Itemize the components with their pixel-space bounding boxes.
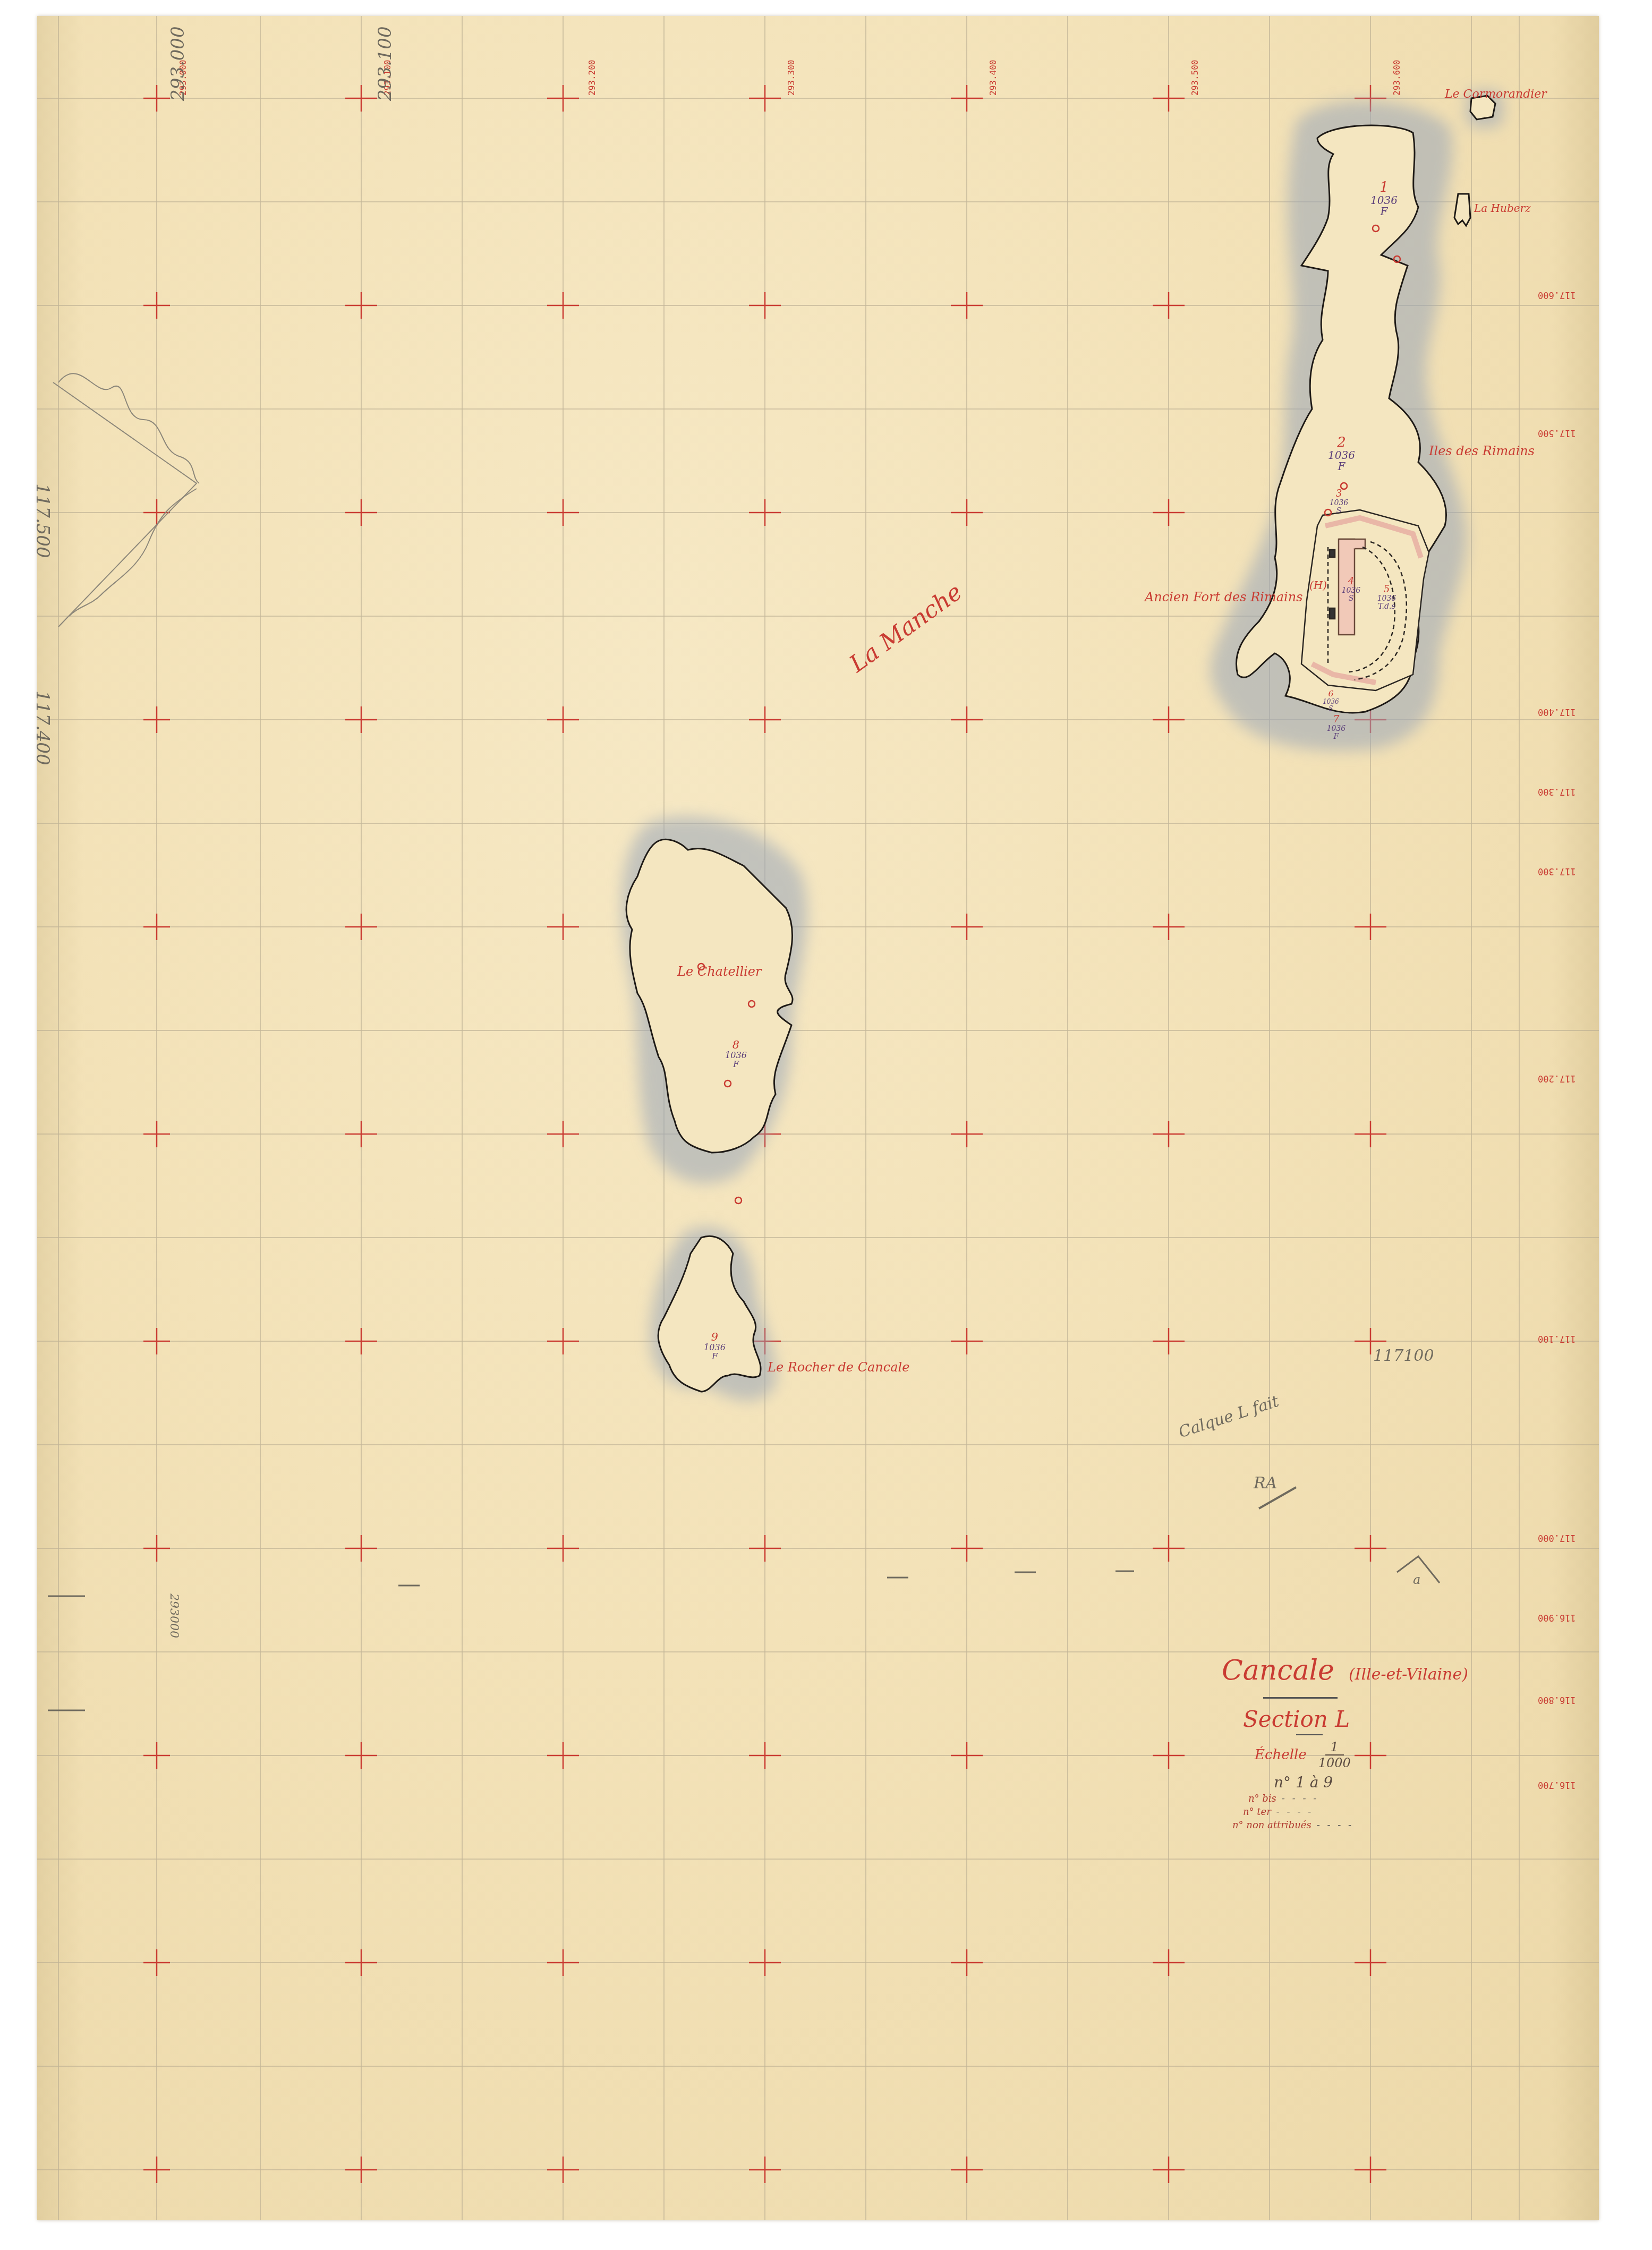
huberz-islet bbox=[1454, 194, 1470, 226]
label-la-huberz: La Huberz bbox=[1474, 202, 1531, 215]
coord-top-2: 293.200 bbox=[587, 60, 597, 96]
legend-row-ter: n° ter- - - - bbox=[1243, 1806, 1551, 1818]
coord-right-4: 117.200 bbox=[1538, 1073, 1576, 1084]
coord-top-4: 293.400 bbox=[988, 60, 998, 96]
parcel-8: 8 1036 F bbox=[725, 1039, 747, 1069]
section-rule bbox=[1296, 1734, 1323, 1735]
legend-label: n° bis bbox=[1248, 1793, 1276, 1804]
parcel-6: 6 1036 S bbox=[1323, 690, 1339, 712]
legend-row-non-attribues: n° non attribués- - - - bbox=[1232, 1820, 1551, 1831]
parcel-number: 6 bbox=[1323, 690, 1339, 698]
map-scale: Échelle 1 1000 bbox=[1255, 1740, 1551, 1770]
legend-row-bis: n° bis- - - - bbox=[1248, 1793, 1551, 1804]
label-iles-des-rimains: Iles des Rimains bbox=[1429, 444, 1535, 458]
parcel-number: 4 bbox=[1342, 576, 1361, 586]
parcel-number: 1 bbox=[1370, 181, 1398, 195]
pencil-note-117100: 117100 bbox=[1373, 1346, 1434, 1365]
fort-plan bbox=[1301, 510, 1429, 691]
coord-right-1: 117.500 bbox=[1538, 428, 1576, 438]
numbers-range: n° 1 à 9 bbox=[1274, 1774, 1551, 1791]
parcel-type: F bbox=[725, 1060, 747, 1069]
coord-right-7: 116.900 bbox=[1538, 1612, 1576, 1623]
parcel-type: F bbox=[1327, 732, 1346, 740]
coord-right-3b: 117.300 bbox=[1538, 866, 1576, 876]
map-title: Cancale bbox=[1222, 1655, 1334, 1686]
parcel-type: S bbox=[1330, 507, 1349, 515]
map-canvas bbox=[37, 16, 1599, 2220]
label-le-rocher-de-cancale: Le Rocher de Cancale bbox=[768, 1360, 909, 1375]
legend-value: - - - - bbox=[1276, 1806, 1314, 1818]
pencil-coord-left-2: 117.400 bbox=[32, 691, 53, 765]
coord-top-3: 293.300 bbox=[786, 60, 796, 96]
parcel-number: 8 bbox=[725, 1039, 747, 1051]
scale-label: Échelle bbox=[1255, 1747, 1307, 1763]
parcel-code: 1036 bbox=[1328, 450, 1355, 461]
parcel-5: 5 1036 T.d.s bbox=[1377, 584, 1396, 610]
scale-denominator: 1000 bbox=[1318, 1755, 1351, 1770]
scale-fraction: 1 1000 bbox=[1318, 1740, 1351, 1770]
parcel-number: 2 bbox=[1328, 436, 1355, 450]
parcel-number: 3 bbox=[1330, 489, 1349, 499]
parcel-7: 7 1036 F bbox=[1327, 714, 1346, 740]
coord-right-6: 117.000 bbox=[1538, 1532, 1576, 1543]
pencil-coord-top-2: 293.100 bbox=[374, 26, 396, 101]
coord-right-0: 117.600 bbox=[1538, 289, 1576, 300]
map-department: (Ille-et-Vilaine) bbox=[1349, 1665, 1468, 1684]
scale-numerator: 1 bbox=[1325, 1740, 1344, 1755]
label-cormorandier: Le Cormorandier bbox=[1445, 88, 1547, 101]
coord-top-6: 293.600 bbox=[1392, 60, 1402, 96]
parcel-1: 1 1036 F bbox=[1370, 181, 1398, 217]
legend-value: - - - - bbox=[1282, 1793, 1319, 1804]
coord-right-3: 117.300 bbox=[1538, 786, 1576, 797]
pencil-coord-top-1: 293.000 bbox=[167, 26, 189, 101]
parcel-type: S bbox=[1342, 594, 1361, 602]
coord-top-5: 293.500 bbox=[1190, 60, 1200, 96]
parcel-code: 1036 bbox=[1370, 195, 1398, 206]
parcel-type: F bbox=[704, 1352, 726, 1361]
pencil-coord-left-3: 293000 bbox=[167, 1593, 181, 1638]
coord-right-5: 117.100 bbox=[1538, 1333, 1576, 1344]
pencil-coord-left-1: 117.500 bbox=[32, 483, 53, 558]
pencil-initials: RA bbox=[1254, 1474, 1277, 1493]
title-cartouche: Cancale (Ille-et-Vilaine) Section L Éche… bbox=[1222, 1655, 1551, 1831]
parcel-4: 4 1036 S bbox=[1342, 576, 1361, 602]
legend-value: - - - - bbox=[1317, 1820, 1354, 1831]
pencil-marker-a: a bbox=[1413, 1572, 1420, 1587]
label-ancien-fort-des-rimains: Ancien Fort des Rimains bbox=[1145, 590, 1303, 604]
parcel-number: 9 bbox=[704, 1332, 726, 1343]
parcel-number: 5 bbox=[1377, 584, 1396, 594]
label-fort-marker: (H) bbox=[1309, 579, 1327, 592]
parcel-type: F bbox=[1328, 461, 1355, 472]
parcel-3: 3 1036 S bbox=[1330, 489, 1349, 515]
legend-label: n° ter bbox=[1243, 1806, 1271, 1818]
parcel-type: F bbox=[1370, 206, 1398, 217]
title-rule bbox=[1263, 1697, 1338, 1699]
parcel-number: 7 bbox=[1327, 714, 1346, 725]
parcel-type: T.d.s bbox=[1377, 602, 1396, 610]
parcel-2: 2 1036 F bbox=[1328, 436, 1355, 472]
map-section: Section L bbox=[1243, 1706, 1551, 1732]
coord-right-2: 117.400 bbox=[1538, 706, 1576, 717]
label-le-chatellier: Le Chatellier bbox=[677, 964, 761, 979]
legend-label: n° non attribués bbox=[1232, 1820, 1312, 1831]
map-sheet: 293.000 293.100 293.200 293.300 293.400 … bbox=[37, 16, 1599, 2220]
parcel-type: S bbox=[1323, 705, 1339, 712]
pencil-sketch bbox=[53, 373, 199, 627]
parcel-9: 9 1036 F bbox=[704, 1332, 726, 1361]
